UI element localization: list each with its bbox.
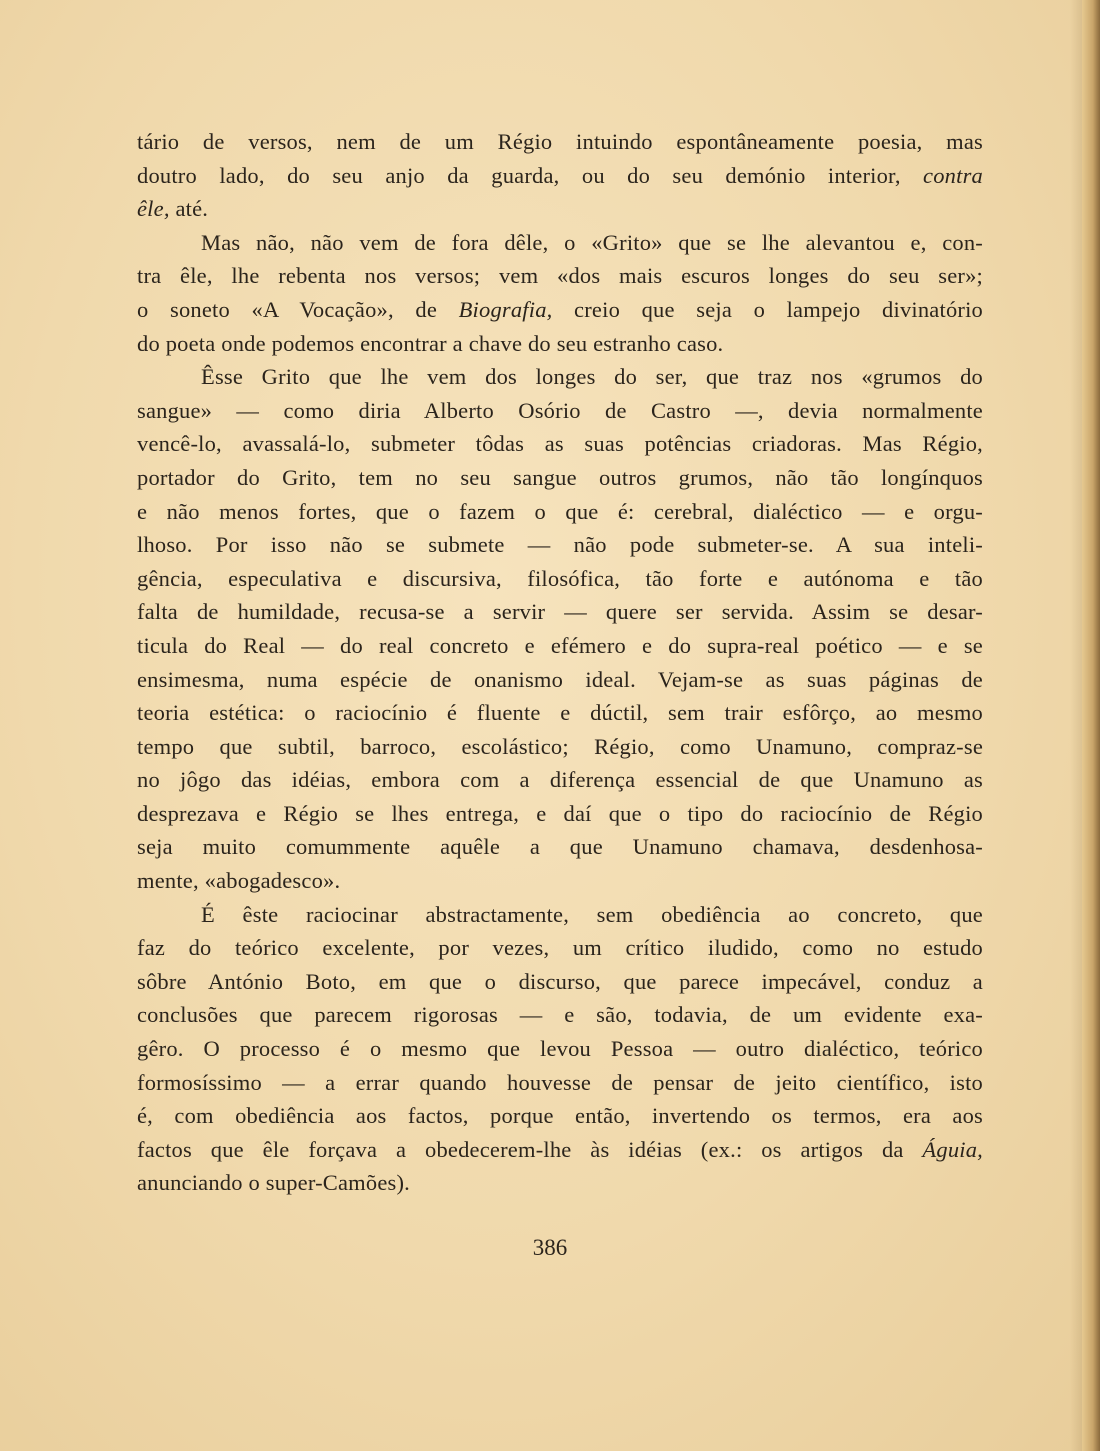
text-line: no jôgo das idéias, embora com a diferen… bbox=[137, 763, 983, 797]
italic-title: Águia, bbox=[922, 1137, 983, 1162]
text-run: factos que êle forçava a obedecerem-lhe … bbox=[137, 1137, 922, 1162]
text-run: portador do Grito, tem no seu sangue out… bbox=[137, 465, 983, 490]
text-run: é, com obediência aos factos, porque ent… bbox=[137, 1103, 983, 1128]
text-line: Êsse Grito que lhe vem dos longes do ser… bbox=[137, 360, 983, 394]
text-line: é, com obediência aos factos, porque ent… bbox=[137, 1099, 983, 1133]
page-number: 386 bbox=[0, 1235, 1100, 1261]
text-run: vencê-lo, avassalá-lo, submeter tôdas as… bbox=[137, 431, 983, 456]
text-line: falta de humildade, recusa-se a servir —… bbox=[137, 595, 983, 629]
body-text: tário de versos, nem de um Régio intuind… bbox=[137, 125, 983, 1200]
paragraph: Êsse Grito que lhe vem dos longes do ser… bbox=[137, 360, 983, 898]
paragraph: tário de versos, nem de um Régio intuind… bbox=[137, 125, 983, 226]
text-run: gêro. O processo é o mesmo que levou Pes… bbox=[137, 1036, 983, 1061]
italic-title: êle, bbox=[137, 196, 170, 221]
text-line: portador do Grito, tem no seu sangue out… bbox=[137, 461, 983, 495]
text-run: ensimesma, numa espécie de onanismo idea… bbox=[137, 667, 983, 692]
text-run: faz do teórico excelente, por vezes, um … bbox=[137, 935, 983, 960]
text-run: ticula do Real — do real concreto e efém… bbox=[137, 633, 983, 658]
text-line: e não menos fortes, que o fazem o que é:… bbox=[137, 495, 983, 529]
text-run: até. bbox=[170, 196, 208, 221]
text-run: sôbre António Boto, em que o discurso, q… bbox=[137, 969, 983, 994]
text-line: sôbre António Boto, em que o discurso, q… bbox=[137, 965, 983, 999]
text-run: Êsse Grito que lhe vem dos longes do ser… bbox=[201, 364, 983, 389]
text-line: Mas não, não vem de fora dêle, o «Grito»… bbox=[137, 226, 983, 260]
text-run: no jôgo das idéias, embora com a diferen… bbox=[137, 767, 983, 792]
text-run: o soneto «A Vocação», de bbox=[137, 297, 459, 322]
text-line: tário de versos, nem de um Régio intuind… bbox=[137, 125, 983, 159]
text-run: creio que seja o lampejo divinatório bbox=[552, 297, 983, 322]
text-line: anunciando o super-Camões). bbox=[137, 1166, 983, 1200]
text-line: desprezava e Régio se lhes entrega, e da… bbox=[137, 797, 983, 831]
text-line: o soneto «A Vocação», de Biografia, crei… bbox=[137, 293, 983, 327]
text-line: do poeta onde podemos encontrar a chave … bbox=[137, 327, 983, 361]
paragraph: Mas não, não vem de fora dêle, o «Grito»… bbox=[137, 226, 983, 360]
text-line: conclusões que parecem rigorosas — e são… bbox=[137, 998, 983, 1032]
text-line: êle, até. bbox=[137, 192, 983, 226]
text-line: factos que êle forçava a obedecerem-lhe … bbox=[137, 1133, 983, 1167]
italic-title: Biografia, bbox=[459, 297, 553, 322]
text-line: vencê-lo, avassalá-lo, submeter tôdas as… bbox=[137, 427, 983, 461]
text-run: anunciando o super-Camões). bbox=[137, 1170, 410, 1195]
text-run: do poeta onde podemos encontrar a chave … bbox=[137, 331, 723, 356]
text-run: tário de versos, nem de um Régio intuind… bbox=[137, 129, 983, 154]
text-run: gência, especulativa e discursiva, filos… bbox=[137, 566, 983, 591]
text-line: seja muito comummente aquêle a que Unamu… bbox=[137, 830, 983, 864]
text-run: lhoso. Por isso não se submete — não pod… bbox=[137, 532, 983, 557]
text-line: ticula do Real — do real concreto e efém… bbox=[137, 629, 983, 663]
text-line: tra êle, lhe rebenta nos versos; vem «do… bbox=[137, 259, 983, 293]
text-run: desprezava e Régio se lhes entrega, e da… bbox=[137, 801, 983, 826]
text-line: teoria estética: o raciocínio é fluente … bbox=[137, 696, 983, 730]
page-edge bbox=[1082, 0, 1100, 1451]
text-run: formosíssimo — a errar quando houvesse d… bbox=[137, 1070, 983, 1095]
text-run: tra êle, lhe rebenta nos versos; vem «do… bbox=[137, 263, 983, 288]
text-line: sangue» — como diria Alberto Osório de C… bbox=[137, 394, 983, 428]
text-run: e não menos fortes, que o fazem o que é:… bbox=[137, 499, 983, 524]
text-line: tempo que subtil, barroco, escolástico; … bbox=[137, 730, 983, 764]
text-line: faz do teórico excelente, por vezes, um … bbox=[137, 931, 983, 965]
italic-title: contra bbox=[923, 163, 983, 188]
text-run: tempo que subtil, barroco, escolástico; … bbox=[137, 734, 983, 759]
book-page: tário de versos, nem de um Régio intuind… bbox=[0, 0, 1100, 1451]
text-run: falta de humildade, recusa-se a servir —… bbox=[137, 599, 983, 624]
text-line: mente, «abogadesco». bbox=[137, 864, 983, 898]
text-run: doutro lado, do seu anjo da guarda, ou d… bbox=[137, 163, 923, 188]
paragraph: É êste raciocinar abstractamente, sem ob… bbox=[137, 898, 983, 1200]
text-run: É êste raciocinar abstractamente, sem ob… bbox=[201, 902, 983, 927]
text-line: doutro lado, do seu anjo da guarda, ou d… bbox=[137, 159, 983, 193]
text-line: formosíssimo — a errar quando houvesse d… bbox=[137, 1066, 983, 1100]
text-line: gência, especulativa e discursiva, filos… bbox=[137, 562, 983, 596]
text-run: Mas não, não vem de fora dêle, o «Grito»… bbox=[201, 230, 983, 255]
text-run: seja muito comummente aquêle a que Unamu… bbox=[137, 834, 983, 859]
text-line: ensimesma, numa espécie de onanismo idea… bbox=[137, 663, 983, 697]
text-line: É êste raciocinar abstractamente, sem ob… bbox=[137, 898, 983, 932]
text-run: teoria estética: o raciocínio é fluente … bbox=[137, 700, 983, 725]
text-run: mente, «abogadesco». bbox=[137, 868, 340, 893]
text-line: gêro. O processo é o mesmo que levou Pes… bbox=[137, 1032, 983, 1066]
text-run: sangue» — como diria Alberto Osório de C… bbox=[137, 398, 983, 423]
text-line: lhoso. Por isso não se submete — não pod… bbox=[137, 528, 983, 562]
text-run: conclusões que parecem rigorosas — e são… bbox=[137, 1002, 983, 1027]
